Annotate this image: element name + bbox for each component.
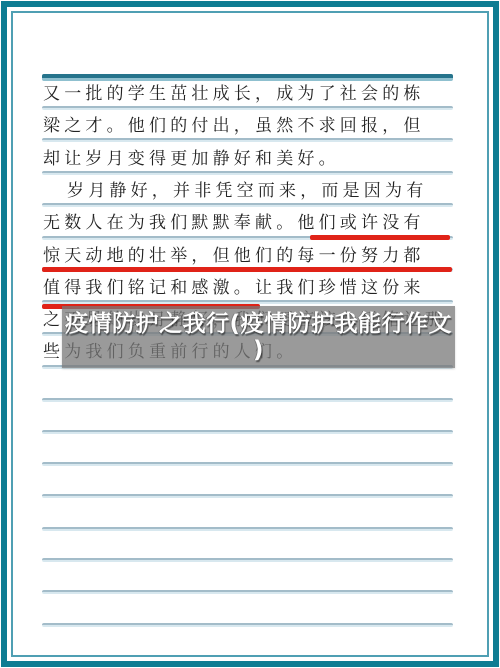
ruled-line: [42, 138, 453, 142]
heavy-top-rule: [42, 74, 453, 81]
ruled-line: [42, 398, 453, 402]
overlay-title-line2: ): [253, 336, 264, 364]
ruled-line: [42, 558, 453, 562]
essay-line: 又一批的学生茁壮成长，成为了社会的栋: [43, 82, 457, 106]
essay-line: 岁月静好，并非凭空而来，而是因为有: [43, 179, 481, 203]
essay-line: 惊天动地的壮举，但他们的每一份努力都: [43, 244, 457, 268]
essay-line: 却让岁月变得更加静好和美好。: [43, 147, 457, 171]
essay-line: 值得我们铭记和感激。让我们珍惜这份来: [43, 276, 457, 300]
ruled-line: [42, 494, 453, 498]
ruled-line: [42, 527, 453, 531]
essay-line: 无数人在为我们默默奉献。他们或许没有: [43, 211, 457, 235]
ruled-line: [42, 430, 453, 434]
red-underline: [310, 235, 450, 240]
ruled-line: [42, 623, 453, 627]
ruled-line: [42, 590, 453, 594]
ruled-line: [42, 171, 453, 175]
essay-line: 梁之才。他们的付出，虽然不求回报，但: [43, 114, 457, 138]
ruled-line: [42, 462, 453, 466]
ruled-line: [42, 203, 453, 207]
title-overlay-banner: 疫情防护之我行(疫情防护我能行作文 ): [62, 306, 455, 368]
overlay-title-line1: 疫情防护之我行(疫情防护我能行作文: [65, 310, 452, 338]
ruled-line: [42, 106, 453, 110]
article-image: 又一批的学生茁壮成长，成为了社会的栋 梁之才。他们的付出，虽然不求回报，但 却让…: [0, 0, 500, 668]
